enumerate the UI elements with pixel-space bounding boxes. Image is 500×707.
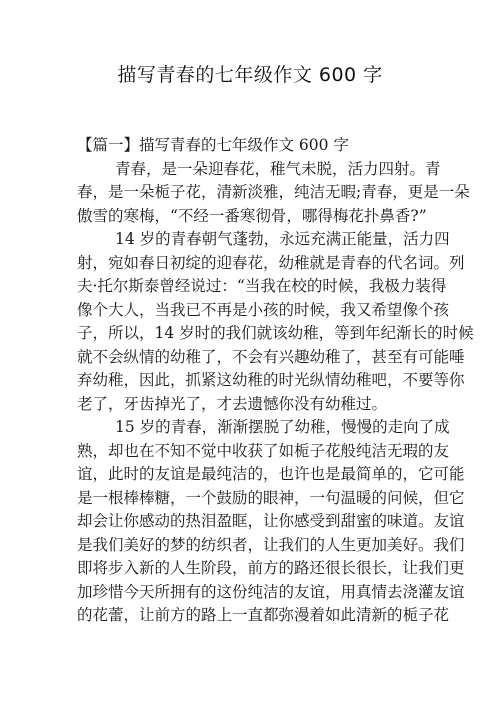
paragraph-line: 夫·托尔斯泰曾经说过：“当我在校的时候，我极力装得 <box>77 275 429 299</box>
paragraph-line: 老了，牙齿掉光了，才去遗憾你没有幼稚过。 <box>77 393 429 417</box>
paragraph-line: 子，所以，14 岁时的我们就该幼稚，等到年纪渐长的时候 <box>77 322 429 346</box>
paragraph-line: 是我们美好的梦的纺织者，让我们的人生更加美好。我们 <box>77 534 429 558</box>
paragraph-line: 春，是一朵栀子花，清新淡雅，纯洁无暇;青春，更是一朵 <box>77 181 429 205</box>
paragraph-line: 15 岁的青春，渐渐摆脱了幼稚，慢慢的走向了成 <box>77 416 429 440</box>
paragraph-line: 弃幼稚，因此，抓紧这幼稚的时光纵情幼稚吧，不要等你 <box>77 369 429 393</box>
document-body: 【篇一】描写青春的七年级作文 600 字 青春，是一朵迎春花，稚气未脱，活力四射… <box>77 134 429 628</box>
paragraph-line: 的花蕾，让前方的路上一直都弥漫着如此清新的栀子花 <box>77 604 429 628</box>
paragraph-line: 是一根棒棒糖，一个鼓励的眼神，一句温暖的问候，但它 <box>77 487 429 511</box>
paragraph-line: 熟，却也在不知不觉中收获了如栀子花般纯洁无瑕的友 <box>77 440 429 464</box>
paragraph-line: 傲雪的寒梅，“不经一番寒彻骨，哪得梅花扑鼻香?” <box>77 205 429 229</box>
document-title: 描写青春的七年级作文 600 字 <box>0 60 500 87</box>
paragraph-line: 谊，此时的友谊是最纯洁的，也许也是最简单的，它可能 <box>77 463 429 487</box>
paragraph-line: 14 岁的青春朝气蓬勃，永远充满正能量，活力四 <box>77 228 429 252</box>
paragraph-line: 像个大人，当我已不再是小孩的时候，我又希望像个孩 <box>77 299 429 323</box>
section-header: 【篇一】描写青春的七年级作文 600 字 <box>77 134 429 158</box>
paragraph-line: 却会让你感动的热泪盈眶，让你感受到甜蜜的味道。友谊 <box>77 510 429 534</box>
paragraph-line: 加珍惜今天所拥有的这份纯洁的友谊，用真情去浇灌友谊 <box>77 581 429 605</box>
paragraph-line: 即将步入新的人生阶段，前方的路还很长很长，让我们更 <box>77 557 429 581</box>
paragraph-line: 青春，是一朵迎春花，稚气未脱，活力四射。青 <box>77 158 429 182</box>
paragraph-line: 就不会纵情的幼稚了，不会有兴趣幼稚了，甚至有可能唾 <box>77 346 429 370</box>
paragraph-line: 射，宛如春日初绽的迎春花，幼稚就是青春的代名词。列 <box>77 252 429 276</box>
